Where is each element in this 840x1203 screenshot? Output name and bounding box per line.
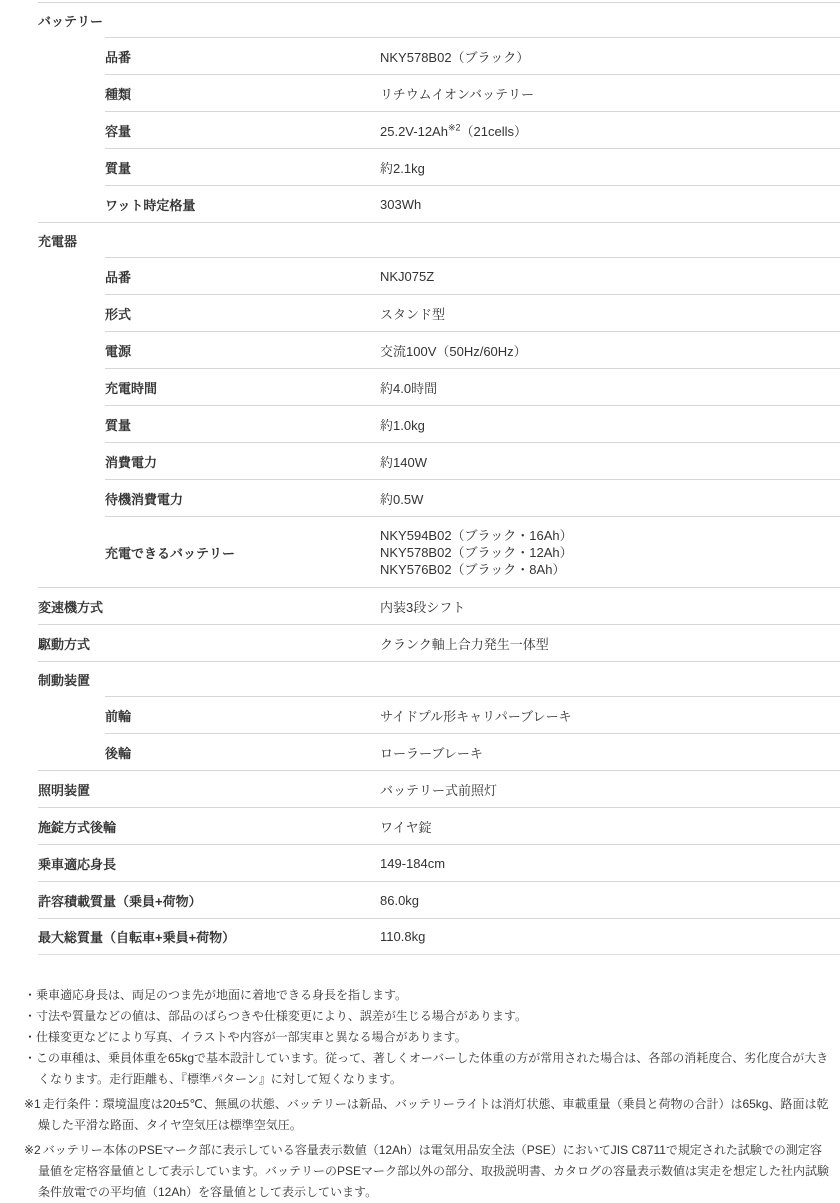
spec-row-battery-model: 品番 NKY578B02（ブラック） [105, 37, 840, 74]
spec-row-label: 種類 [105, 84, 380, 103]
capacity-cells: （21cells） [461, 124, 527, 139]
section-label: 充電器 [38, 231, 77, 250]
spec-row-label: 最大総質量（自転車+乗員+荷物） [38, 927, 380, 946]
spec-row-value: スタンド型 [380, 304, 445, 323]
spec-row-value: 約0.5W [380, 489, 423, 508]
spec-row-label: 質量 [105, 158, 380, 177]
footnote-item: ※1走行条件：環境温度は20±5℃、無風の状態、バッテリーは新品、バッテリーライ… [24, 1094, 830, 1136]
spec-row-load-capacity: 許容積載質量（乗員+荷物） 86.0kg [38, 881, 840, 918]
spec-row-value: 25.2V-12Ah※2（21cells） [380, 121, 527, 140]
spec-row-battery-weight: 質量 約2.1kg [105, 148, 840, 185]
bullet-marker: ・ [24, 1030, 36, 1044]
spec-row-value: ローラーブレーキ [380, 743, 483, 762]
spec-row-label: 消費電力 [105, 452, 380, 471]
spec-row-value: 110.8kg [380, 929, 425, 944]
capacity-footnote-ref: ※2 [448, 122, 461, 132]
spec-row-value: サイドプル形キャリパーブレーキ [380, 706, 572, 725]
section-label: 制動装置 [38, 670, 90, 689]
spec-row-rider-height: 乗車適応身長 149-184cm [38, 844, 840, 881]
spec-row-power-consumption: 消費電力 約140W [105, 442, 840, 479]
spec-row-label: 充電できるバッテリー [105, 543, 380, 562]
spec-row-lock-type: 施錠方式後輪 ワイヤ錠 [38, 807, 840, 844]
note-item: ・乗車適応身長は、両足のつま先が地面に着地できる身長を指します。 [24, 985, 830, 1006]
footnote-marker: ※1 [24, 1097, 41, 1111]
spec-row-value: クランク軸上合力発生一体型 [380, 634, 549, 653]
spec-row-rear-brake: 後輪 ローラーブレーキ [105, 733, 840, 770]
spec-row-value: 約1.0kg [380, 415, 425, 434]
spec-row-value: NKY578B02（ブラック） [380, 47, 529, 66]
section-header-charger: 充電器 [38, 222, 840, 257]
note-text: 寸法や質量などの値は、部品のばらつきや仕様変更により、誤差が生じる場合があります… [36, 1009, 527, 1023]
section-header-battery: バッテリー [38, 2, 840, 37]
spec-row-label: 充電時間 [105, 378, 380, 397]
spec-row-charge-time: 充電時間 約4.0時間 [105, 368, 840, 405]
spec-row-charger-model: 品番 NKJ075Z [105, 257, 840, 294]
spec-row-standby-power: 待機消費電力 約0.5W [105, 479, 840, 516]
spec-row-label: 形式 [105, 304, 380, 323]
spec-table: バッテリー 品番 NKY578B02（ブラック） 種類 リチウムイオンバッテリー… [0, 2, 840, 955]
spec-row-value: リチウムイオンバッテリー [380, 84, 534, 103]
spec-row-label: 質量 [105, 415, 380, 434]
spec-row-battery-capacity: 容量 25.2V-12Ah※2（21cells） [105, 111, 840, 148]
spec-row-battery-watthour: ワット時定格量 303Wh [105, 185, 840, 222]
spec-row-value: NKY594B02（ブラック・16Ah） NKY578B02（ブラック・12Ah… [380, 527, 573, 578]
notes-section: ・乗車適応身長は、両足のつま先が地面に着地できる身長を指します。 ・寸法や質量な… [24, 985, 830, 1203]
spec-row-value: ワイヤ錠 [380, 817, 432, 836]
section-header-brakes: 制動装置 [38, 661, 840, 696]
spec-row-label: 施錠方式後輪 [38, 817, 380, 836]
section-label: バッテリー [38, 11, 103, 30]
spec-row-label: 前輪 [105, 706, 380, 725]
spec-row-label: 許容積載質量（乗員+荷物） [38, 891, 380, 910]
spec-row-label: 変速機方式 [38, 597, 380, 616]
spec-page: バッテリー 品番 NKY578B02（ブラック） 種類 リチウムイオンバッテリー… [0, 0, 840, 1203]
spec-row-gear-system: 変速機方式 内装3段シフト [38, 587, 840, 624]
note-text: 乗車適応身長は、両足のつま先が地面に着地できる身長を指します。 [36, 988, 407, 1002]
spec-row-chargeable-batteries: 充電できるバッテリー NKY594B02（ブラック・16Ah） NKY578B0… [105, 516, 840, 587]
spec-row-max-total-weight: 最大総質量（自転車+乗員+荷物） 110.8kg [38, 918, 840, 955]
bullet-marker: ・ [24, 1051, 36, 1065]
spec-row-value: 内装3段シフト [380, 597, 465, 616]
spec-row-label: 照明装置 [38, 780, 380, 799]
spec-row-front-brake: 前輪 サイドプル形キャリパーブレーキ [105, 696, 840, 733]
note-text: 仕様変更などにより写真、イラストや内容が一部実車と異なる場合があります。 [36, 1030, 467, 1044]
battery-option: NKY578B02（ブラック・12Ah） [380, 544, 573, 561]
spec-row-value: 86.0kg [380, 893, 419, 908]
spec-row-label: 電源 [105, 341, 380, 360]
spec-row-battery-type: 種類 リチウムイオンバッテリー [105, 74, 840, 111]
spec-row-label: 容量 [105, 121, 380, 140]
footnote-text: 走行条件：環境温度は20±5℃、無風の状態、バッテリーは新品、バッテリーライトは… [38, 1097, 829, 1132]
footnote-text: バッテリー本体のPSEマーク部に表示している容量表示数値（12Ah）は電気用品安… [38, 1143, 829, 1199]
spec-row-value: 303Wh [380, 197, 421, 212]
spec-row-label: 品番 [105, 267, 380, 286]
spec-row-value: 149-184cm [380, 856, 445, 871]
spec-row-charger-form: 形式 スタンド型 [105, 294, 840, 331]
spec-row-label: 品番 [105, 47, 380, 66]
spec-row-label: 待機消費電力 [105, 489, 380, 508]
spec-row-label: 乗車適応身長 [38, 854, 380, 873]
spec-row-lighting: 照明装置 バッテリー式前照灯 [38, 770, 840, 807]
battery-option: NKY576B02（ブラック・8Ah） [380, 561, 573, 578]
footnote-item: ※2バッテリー本体のPSEマーク部に表示している容量表示数値（12Ah）は電気用… [24, 1140, 830, 1203]
spec-row-label: 駆動方式 [38, 634, 380, 653]
spec-row-drive-system: 駆動方式 クランク軸上合力発生一体型 [38, 624, 840, 661]
spec-row-value: 交流100V（50Hz/60Hz） [380, 341, 527, 360]
spec-row-value: バッテリー式前照灯 [380, 780, 497, 799]
note-text: この車種は、乗員体重を65kgで基本設計しています。従って、著しくオーバーした体… [36, 1051, 828, 1086]
note-item: ・仕様変更などにより写真、イラストや内容が一部実車と異なる場合があります。 [24, 1027, 830, 1048]
footnote-marker: ※2 [24, 1143, 41, 1157]
battery-option: NKY594B02（ブラック・16Ah） [380, 527, 573, 544]
capacity-main: 25.2V-12Ah [380, 124, 448, 139]
spec-row-value: NKJ075Z [380, 269, 434, 284]
spec-row-charger-power-source: 電源 交流100V（50Hz/60Hz） [105, 331, 840, 368]
spec-row-charger-weight: 質量 約1.0kg [105, 405, 840, 442]
spec-row-value: 約2.1kg [380, 158, 425, 177]
spec-row-value: 約4.0時間 [380, 378, 437, 397]
spec-row-label: ワット時定格量 [105, 195, 380, 214]
spec-row-label: 後輪 [105, 743, 380, 762]
spec-row-value: 約140W [380, 452, 427, 471]
bullet-marker: ・ [24, 1009, 36, 1023]
note-item: ・この車種は、乗員体重を65kgで基本設計しています。従って、著しくオーバーした… [24, 1048, 830, 1090]
bullet-marker: ・ [24, 988, 36, 1002]
note-item: ・寸法や質量などの値は、部品のばらつきや仕様変更により、誤差が生じる場合がありま… [24, 1006, 830, 1027]
